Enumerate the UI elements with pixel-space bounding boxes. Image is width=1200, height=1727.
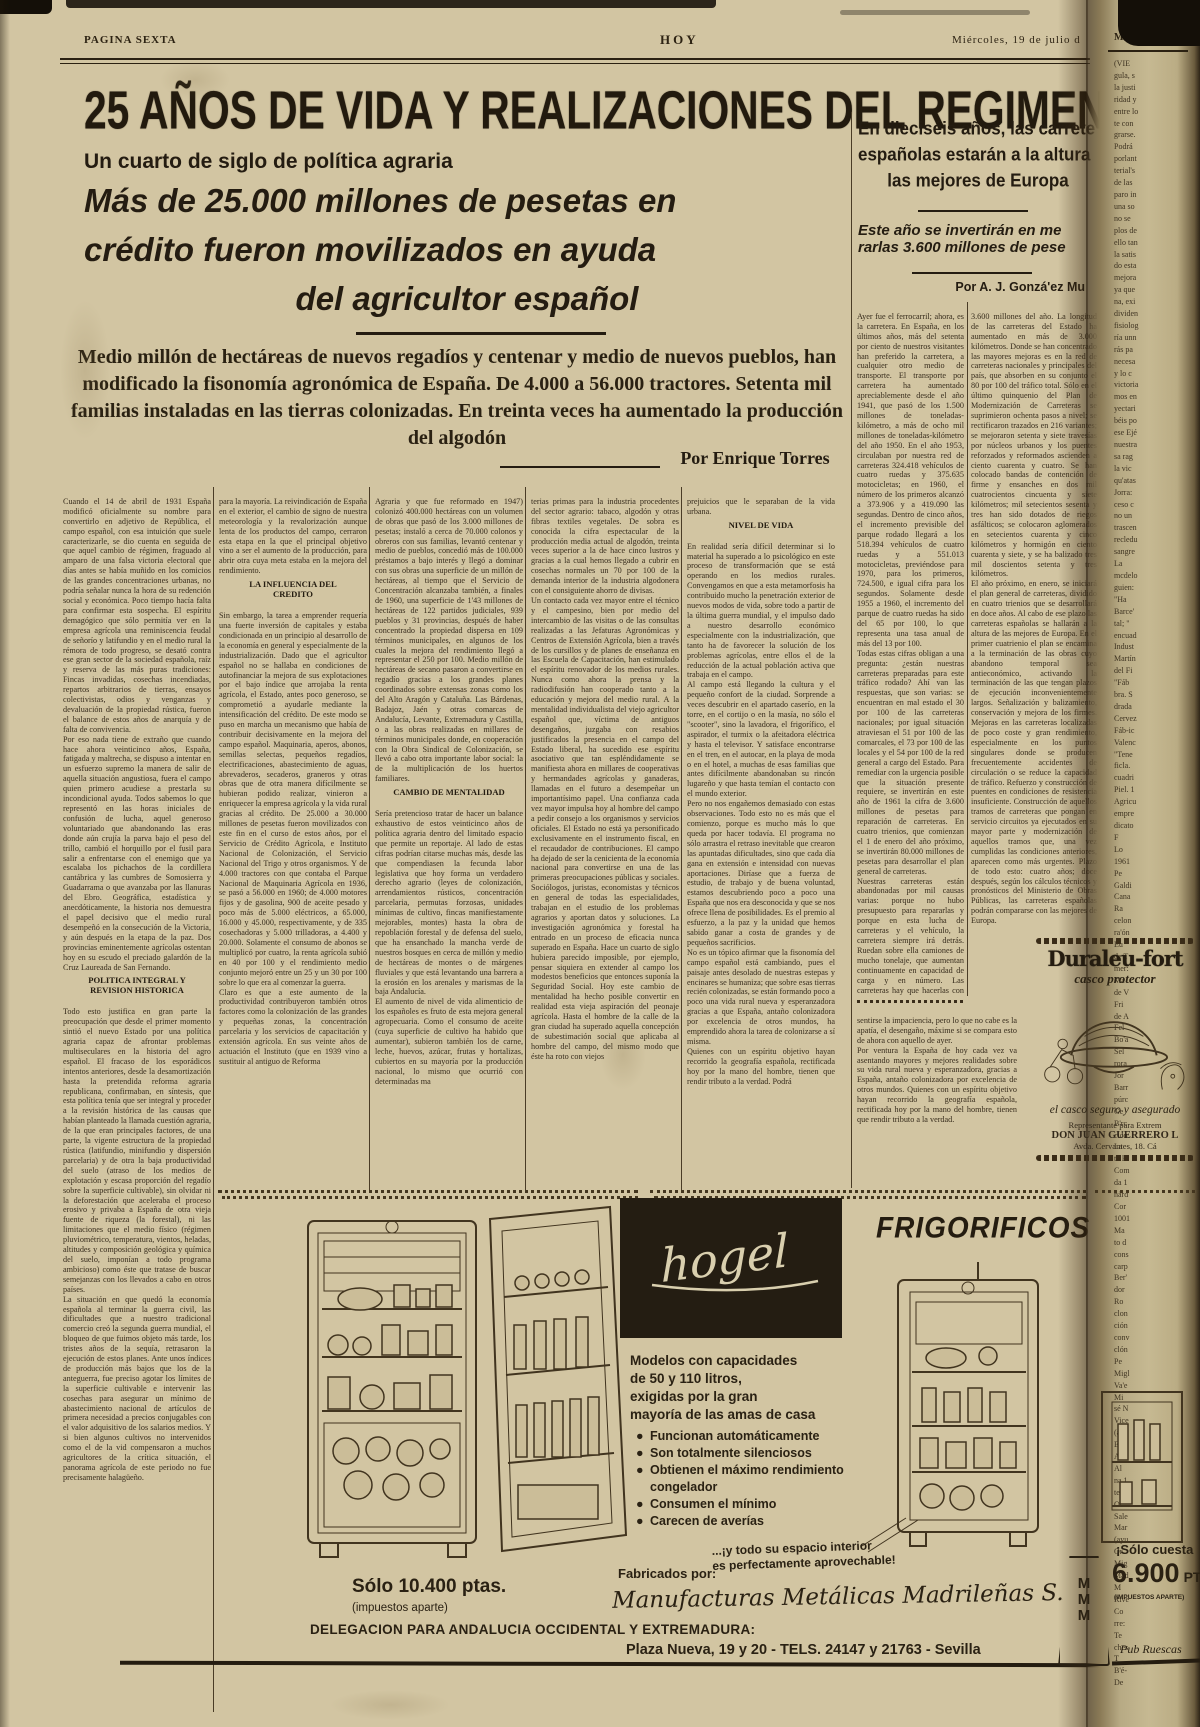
column-2-text-b: Sin embargo, la tarea a emprender requer… [219, 611, 367, 1066]
fridge-door-illustration-icon [1098, 1388, 1188, 1548]
scan-edge-dark-topright [1118, 0, 1200, 46]
price-right-unit: PTS! [1184, 1569, 1200, 1585]
ad-border-squiggle-5 [1095, 1190, 1195, 1197]
article-column-3: Agraria y que fue reformado en 1947) col… [375, 487, 523, 1190]
bullet-dot-icon: ● [636, 1428, 650, 1445]
duraleu-rep-line1: Representante para Extrem [1036, 1120, 1194, 1130]
article-column-2: para la mayoría. La reivindicación de Es… [219, 487, 367, 1190]
headline-divider [356, 332, 606, 335]
helmet-illustration-icon [1036, 987, 1190, 1099]
page-number-label: PAGINA SEXTA [84, 34, 177, 46]
column-rule-3 [525, 487, 526, 1192]
duraleu-rep-line3: Avda. Cervantes, 18. Cá [1036, 1141, 1194, 1151]
models-copy: Modelos con capacidades de 50 y 110 litr… [630, 1352, 880, 1424]
newspaper-title: HOY [660, 32, 699, 48]
column-5-text-b: En realidad sería difícil determinar si … [687, 542, 835, 1086]
pub-credit: Pub Ruescas [1120, 1642, 1182, 1657]
roads-continuation: sentirse la impaciencia, pero lo que no … [857, 1006, 1017, 1184]
open-fridge-illustration-icon [298, 1205, 628, 1583]
price-right-line2: 6.900 PTS! [1112, 1558, 1200, 1589]
column-rule-4 [681, 487, 682, 1192]
roads-byline: Por A. J. Gonzá'ez Mu [890, 280, 1085, 294]
bullet-text: Son totalmente silenciosos [650, 1445, 812, 1462]
column-rule-1 [213, 487, 214, 1712]
feature-bullets: ●Funcionan automáticamente ●Son totalmen… [636, 1428, 896, 1530]
column-1-text-b: Todo esto justifica en gran parte la pre… [63, 1007, 211, 1482]
ad-border-squiggle-2 [222, 1196, 638, 1203]
duraleu-tagline: el casco seguro y asegurado [1036, 1104, 1194, 1116]
bullet-dot-icon: ● [636, 1496, 650, 1513]
bullet-item: ●Funcionan automáticamente [636, 1428, 896, 1445]
column-1-text-a: Cuando el 14 de abril de 1931 España mod… [63, 497, 211, 972]
price-left-note: (impuestos aparte) [352, 1602, 448, 1614]
article-column-1: Cuando el 14 de abril de 1931 España mod… [63, 487, 211, 1712]
price-right-note: (IMPUESTOS APARTE) [1114, 1594, 1184, 1601]
price-left: Sólo 10.400 ptas. [352, 1576, 506, 1598]
kicker-headline: Un cuarto de siglo de política agraria [84, 150, 453, 174]
scan-edge-dark-topbar2 [840, 10, 1030, 15]
bullet-dot-icon: ● [636, 1462, 650, 1496]
column-3-subhead: CAMBIO DE MENTALIDAD [375, 787, 523, 797]
roads-column-a: Ayer fue el ferrocarril; ahora, es la ca… [857, 302, 964, 996]
column-2-text-a: para la mayoría. La reivindicación de Es… [219, 497, 367, 575]
column-3-text-a: Agraria y que fue reformado en 1947) col… [375, 497, 523, 783]
deck-headline: Medio millón de hectáreas de nuevos rega… [66, 344, 848, 452]
column-3-text-b: Sería pretencioso tratar de hacer un bal… [375, 809, 523, 1085]
duraleu-chain-bottom [1036, 1155, 1194, 1161]
bullet-item: ●Obtienen el máximo rendimiento congelad… [636, 1462, 896, 1496]
ad-bottom-rule [120, 1661, 1110, 1668]
paper-stain [600, 1020, 646, 1090]
italic-headline-line2: crédito fueron movilizados en ayuda [84, 225, 850, 274]
bullet-text: Carecen de averías [650, 1513, 764, 1530]
fabricados-label: Fabricados por: [618, 1566, 716, 1581]
manufacturer-signature: Manufacturas Metálicas Madrileñas S.A. [612, 1580, 1062, 1614]
bullet-item: ●Son totalmente silenciosos [636, 1445, 896, 1462]
paper-stain [60, 300, 110, 440]
column-2-subhead: LA INFLUENCIA DEL CREDITO [219, 579, 367, 599]
roads-column-rule [967, 302, 968, 996]
bullet-dot-icon: ● [636, 1445, 650, 1462]
duraleu-title: Duraleu-fort [1036, 946, 1194, 971]
edge-rule [1108, 50, 1188, 52]
roads-column-a-text: Ayer fue el ferrocarril; ahora, es la ca… [857, 312, 964, 996]
scan-edge-dark-topbar [66, 0, 716, 8]
hogel-logo-box: hogel [622, 1200, 840, 1336]
column-5-subhead: NIVEL DE VIDA [687, 520, 835, 530]
bullet-item: ●Carecen de averías [636, 1513, 896, 1530]
article-column-5: prejuicios que le separaban de la vida u… [687, 487, 835, 1190]
paper-stain [330, 1690, 450, 1720]
italic-headline: Más de 25.000 millones de pesetas en cré… [84, 176, 850, 326]
bullet-item: ●Consumen el mínimo [636, 1496, 896, 1513]
bullet-text: Consumen el mínimo [650, 1496, 776, 1513]
article-column-4: terias primas para la industria proceden… [531, 487, 679, 1190]
delegation-line: DELEGACION PARA ANDALUCIA OCCIDENTAL Y E… [310, 1622, 755, 1637]
address-line: Plaza Nueva, 19 y 20 - TELS. 24147 y 217… [626, 1642, 981, 1658]
italic-headline-line1: Más de 25.000 millones de pesetas en [84, 176, 850, 225]
newspaper-page: PAGINA SEXTA HOY Miércoles, 19 de julio … [0, 0, 1200, 1727]
column-5-text-a: prejuicios que le separaban de la vida u… [687, 497, 835, 516]
roads-dotted-separator [857, 1000, 963, 1003]
bullet-text: Obtienen el máximo rendimiento congelado… [650, 1462, 844, 1496]
italic-headline-line3: del agricultor español [84, 274, 850, 323]
masthead-rule-top [60, 58, 1090, 60]
roads-divider-2 [912, 272, 1032, 274]
column-4-text: terias primas para la industria proceden… [531, 497, 679, 1061]
section-rule [851, 112, 852, 1188]
duraleu-chain-top [1036, 938, 1194, 944]
column-rule-2 [369, 487, 370, 1192]
deck-divider [500, 466, 660, 468]
roads-continuation-text: sentirse la impaciencia, pero lo que no … [857, 1016, 1017, 1124]
page-fold-crease [1058, 0, 1088, 1727]
duraleu-rep-line2: DON JUAN GUERRERO L [1036, 1130, 1194, 1141]
bullet-dot-icon: ● [636, 1513, 650, 1530]
price-right-amount: 6.900 [1112, 1558, 1180, 1588]
price-right-line1: ¡Sólo cuesta [1116, 1542, 1193, 1557]
paper-stain [160, 60, 230, 100]
author-byline: Por Enrique Torres [655, 448, 855, 469]
column-1-subhead: POLITICA INTEGRAL Y REVISION HISTORICA [63, 975, 211, 995]
duraleu-subtitle: casco protector [1036, 971, 1194, 987]
interior-space-copy: ...¡y todo su espacio interior es perfec… [712, 1536, 943, 1574]
bullet-text: Funcionan automáticamente [650, 1428, 819, 1445]
duraleu-ad: Duraleu-fort casco protector el casco se… [1036, 938, 1194, 1194]
roads-divider-1 [918, 210, 1028, 212]
scan-edge-left-shadow [0, 0, 10, 1727]
